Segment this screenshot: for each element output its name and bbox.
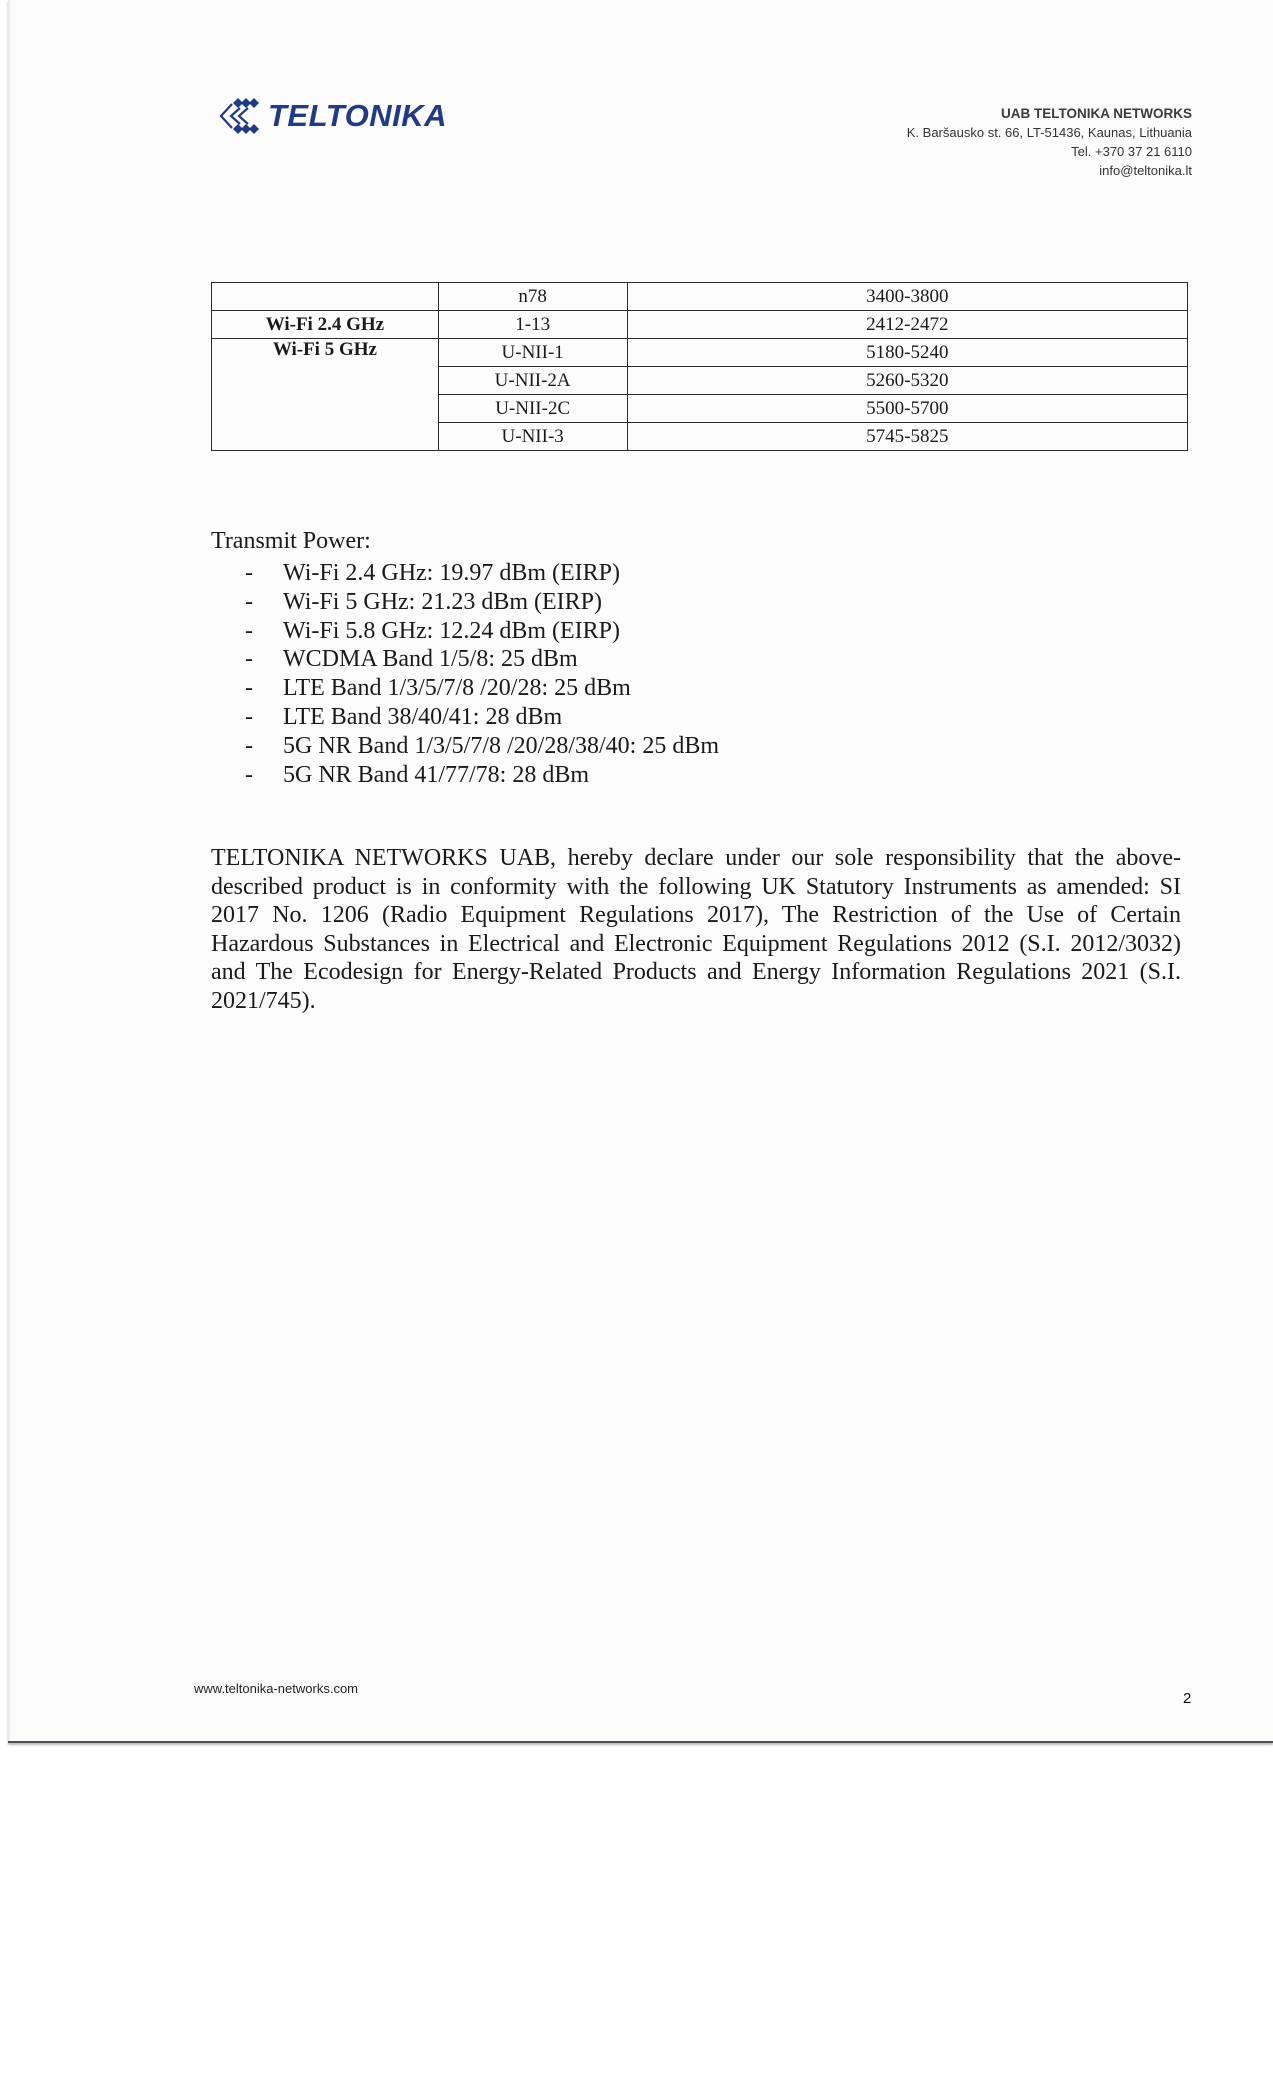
list-item-text: LTE Band 1/3/5/7/8 /20/28: 25 dBm xyxy=(283,674,631,703)
footer-website-link[interactable]: www.teltonika-networks.com xyxy=(194,1681,358,1696)
bullet-dash: - xyxy=(245,617,283,646)
list-item-text: Wi-Fi 2.4 GHz: 19.97 dBm (EIRP) xyxy=(283,559,620,588)
company-name: UAB TELTONIKA NETWORKS xyxy=(907,104,1192,123)
bullet-dash: - xyxy=(245,674,283,703)
company-phone: Tel. +370 37 21 6110 xyxy=(907,142,1192,161)
list-item-text: LTE Band 38/40/41: 28 dBm xyxy=(283,703,562,732)
page-edge xyxy=(8,0,10,1741)
list-item: -Wi-Fi 5.8 GHz: 12.24 dBm (EIRP) xyxy=(245,617,719,646)
transmit-power-list: -Wi-Fi 2.4 GHz: 19.97 dBm (EIRP) -Wi-Fi … xyxy=(245,559,719,789)
bullet-dash: - xyxy=(245,732,283,761)
page-number: 2 xyxy=(1183,1690,1191,1707)
band-group-cell: Wi-Fi 2.4 GHz xyxy=(212,311,439,339)
company-address: K. Baršausko st. 66, LT-51436, Kaunas, L… xyxy=(907,123,1192,142)
logo-wordmark: TELTONIKA xyxy=(268,98,447,134)
bullet-dash: - xyxy=(245,645,283,674)
list-item-text: 5G NR Band 41/77/78: 28 dBm xyxy=(283,761,589,790)
list-item: -5G NR Band 1/3/5/7/8 /20/28/38/40: 25 d… xyxy=(245,732,719,761)
bullet-dash: - xyxy=(245,703,283,732)
list-item-text: Wi-Fi 5.8 GHz: 12.24 dBm (EIRP) xyxy=(283,617,620,646)
bullet-dash: - xyxy=(245,588,283,617)
bullet-dash: - xyxy=(245,761,283,790)
band-cell: n78 xyxy=(438,283,627,311)
transmit-power-heading: Transmit Power: xyxy=(211,528,371,555)
company-logo: TELTONIKA xyxy=(218,96,447,136)
frequency-range-cell: 3400-3800 xyxy=(627,283,1187,311)
list-item: -WCDMA Band 1/5/8: 25 dBm xyxy=(245,645,719,674)
frequency-range-cell: 5180-5240 xyxy=(627,339,1187,367)
band-cell: U-NII-2A xyxy=(438,367,627,395)
list-item: -LTE Band 1/3/5/7/8 /20/28: 25 dBm xyxy=(245,674,719,703)
teltonika-logo-icon xyxy=(218,96,264,136)
list-item: -LTE Band 38/40/41: 28 dBm xyxy=(245,703,719,732)
list-item-text: WCDMA Band 1/5/8: 25 dBm xyxy=(283,645,578,674)
company-address-block: UAB TELTONIKA NETWORKS K. Baršausko st. … xyxy=(907,104,1192,180)
band-cell: U-NII-3 xyxy=(438,423,627,451)
band-group-cell: Wi-Fi 5 GHz xyxy=(212,339,439,451)
bullet-dash: - xyxy=(245,559,283,588)
list-item-text: Wi-Fi 5 GHz: 21.23 dBm (EIRP) xyxy=(283,588,602,617)
conformity-declaration: TELTONIKA NETWORKS UAB, hereby declare u… xyxy=(211,844,1181,1016)
list-item: -Wi-Fi 5 GHz: 21.23 dBm (EIRP) xyxy=(245,588,719,617)
frequency-range-cell: 5745-5825 xyxy=(627,423,1187,451)
table-row: Wi-Fi 5 GHz U-NII-1 5180-5240 xyxy=(212,339,1188,367)
frequency-range-cell: 5500-5700 xyxy=(627,395,1187,423)
list-item: -Wi-Fi 2.4 GHz: 19.97 dBm (EIRP) xyxy=(245,559,719,588)
frequency-band-table: n78 3400-3800 Wi-Fi 2.4 GHz 1-13 2412-24… xyxy=(211,282,1188,451)
band-cell: 1-13 xyxy=(438,311,627,339)
list-item-text: 5G NR Band 1/3/5/7/8 /20/28/38/40: 25 dB… xyxy=(283,732,719,761)
company-email: info@teltonika.lt xyxy=(907,161,1192,180)
band-cell: U-NII-2C xyxy=(438,395,627,423)
frequency-range-cell: 5260-5320 xyxy=(627,367,1187,395)
list-item: -5G NR Band 41/77/78: 28 dBm xyxy=(245,761,719,790)
table-row: Wi-Fi 2.4 GHz 1-13 2412-2472 xyxy=(212,311,1188,339)
band-cell: U-NII-1 xyxy=(438,339,627,367)
frequency-range-cell: 2412-2472 xyxy=(627,311,1187,339)
table-row: n78 3400-3800 xyxy=(212,283,1188,311)
band-group-cell xyxy=(212,283,439,311)
